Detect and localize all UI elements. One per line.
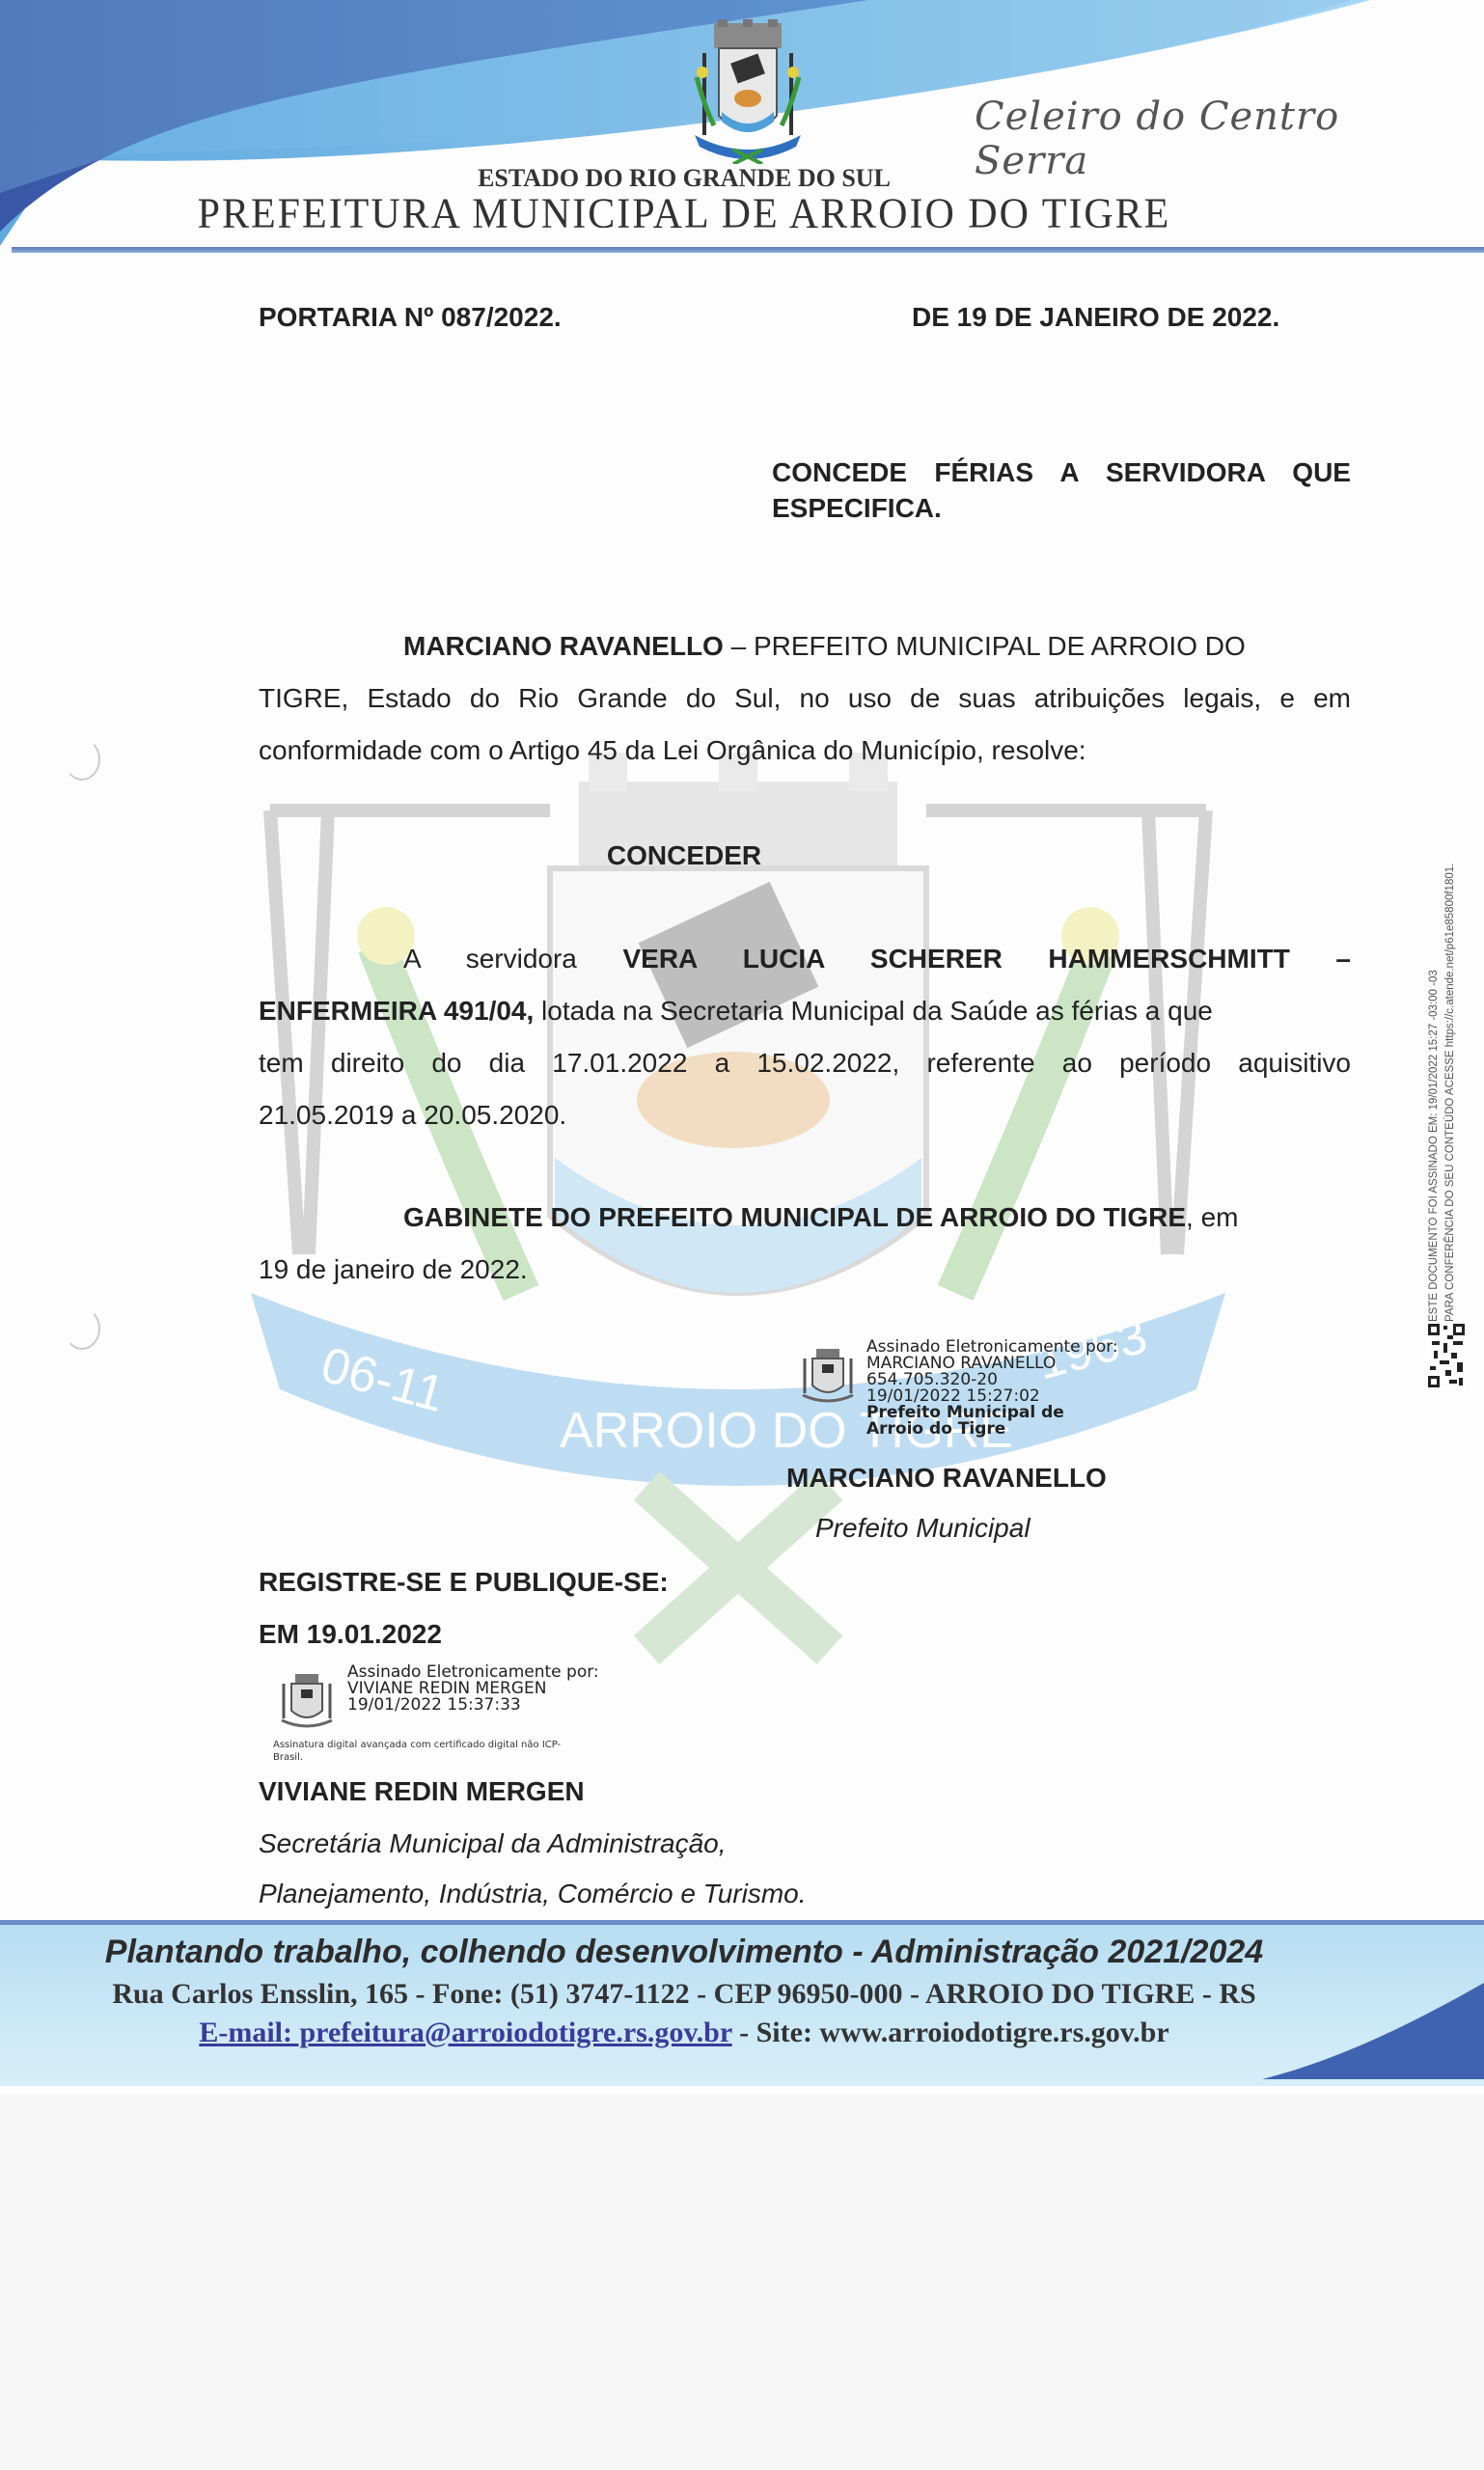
state-name: ESTADO DO RIO GRANDE DO SUL [0,164,1426,193]
secretary-title-1: Secretária Municipal da Administração, [259,1818,727,1869]
grant-line-2: ENFERMEIRA 491/04, lotada na Secretaria … [259,985,1213,1036]
closing-line-2: 19 de janeiro de 2022. [259,1244,528,1295]
stamp-timestamp: 19/01/2022 15:37:33 [347,1697,599,1714]
signature-certificate-note: Assinatura digital avançada com certific… [273,1739,561,1764]
site-link[interactable]: - Site: www.arroiodotigre.rs.gov.br [732,2017,1169,2048]
office-name: GABINETE DO PREFEITO MUNICIPAL DE ARROIO… [403,1202,1186,1232]
resolution-heading: CONCEDER [0,830,1426,881]
issuer-name: MARCIANO RAVANELLO [403,631,724,661]
qr-code-icon[interactable] [1426,1322,1467,1389]
secretary-title-2: Planejamento, Indústria, Comércio e Turi… [259,1868,807,1919]
registration-date: EM 19.01.2022 [259,1608,442,1660]
verification-line-2[interactable]: PARA CONFERÊNCIA DO SEU CONTEÚDO ACESSE … [1443,864,1459,1322]
punch-hole [64,738,100,781]
municipality-name: PREFEITURA MUNICIPAL DE ARROIO DO TIGRE [0,190,1426,238]
punch-hole [64,1307,100,1350]
footer-wave-accent [1262,1925,1484,2079]
preamble-line-2: TIGRE, Estado do Rio Grande do Sul, no u… [259,672,1351,724]
email-link[interactable]: E-mail: prefeitura@arroiodotigre.rs.gov.… [199,2017,731,2048]
footer-address: Rua Carlos Ensslin, 165 - Fone: (51) 374… [0,1978,1426,2011]
employee-name: VERA LUCIA SCHERER HAMMERSCHMITT – [622,944,1351,974]
header-divider [12,247,1484,253]
mayor-name: MARCIANO RAVANELLO [786,1452,1107,1503]
preamble-line-3: conformidade com o Artigo 45 da Lei Orgâ… [259,725,1086,776]
grant-line-4: 21.05.2019 a 20.05.2020. [259,1089,566,1140]
closing-line-1: GABINETE DO PREFEITO MUNICIPAL DE ARROIO… [403,1192,1238,1243]
summary-line-2: ESPECIFICA. [772,482,942,534]
stamp-title-2: Arroio do Tigre [866,1421,1118,1438]
portaria-number: PORTARIA Nº 087/2022. [259,291,562,343]
mayor-title: Prefeito Municipal [815,1502,1031,1553]
grant-line-3: tem direito do dia 17.01.2022 a 15.02.20… [259,1037,1351,1088]
verification-line-1: ESTE DOCUMENTO FOI ASSINADO EM: 19/01/20… [1426,864,1443,1322]
document-page: Celeiro do Centro Serra ESTADO DO RIO GR… [0,0,1484,2094]
crest-stamp-icon [276,1670,338,1732]
municipal-crest-icon [675,19,820,164]
footer-contact: E-mail: prefeitura@arroiodotigre.rs.gov.… [0,2017,1426,2049]
scan-blank-area [0,2094,1484,2470]
registration-heading: REGISTRE-SE E PUBLIQUE-SE: [259,1556,669,1607]
employee-role: ENFERMEIRA 491/04, [259,996,534,1026]
crest-stamp-icon [797,1345,859,1407]
grant-line-1: A servidora VERA LUCIA SCHERER HAMMERSCH… [403,933,1351,984]
preamble-line-1: MARCIANO RAVANELLO – PREFEITO MUNICIPAL … [403,620,1246,672]
secretary-name: VIVIANE REDIN MERGEN [259,1766,585,1817]
portaria-date: DE 19 DE JANEIRO DE 2022. [912,291,1279,343]
footer-slogan: Plantando trabalho, colhendo desenvolvim… [0,1934,1426,1971]
